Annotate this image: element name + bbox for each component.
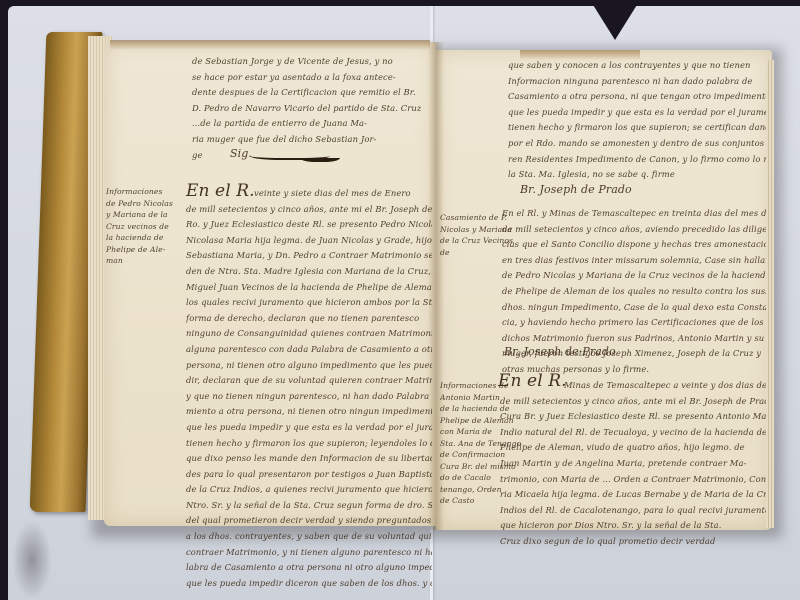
- text-line: veinte y siete dias del mes de Enero: [186, 186, 432, 202]
- rubric-signature: Sig.: [230, 146, 252, 162]
- text-line: tienen hecho y firmaron los que supieron…: [186, 436, 432, 452]
- text-line: cia, y haviendo hecho primero las Certif…: [502, 315, 766, 331]
- text-line: Minas de Temascaltepec a veinte y dos di…: [500, 378, 766, 394]
- signature: Br. Joseph de Prado: [504, 344, 616, 360]
- text-line: que saben y conocen a los contrayentes y…: [508, 58, 766, 74]
- text-line: de Sebastian Jorge y de Vicente de Jesus…: [192, 54, 421, 70]
- text-line: ria Micaela hija legma. de Lucas Bernabe…: [500, 487, 766, 503]
- text-line: man: [106, 255, 173, 267]
- text-line: des para lo qual presentaron por testigo…: [186, 467, 432, 483]
- text-line: ren Residentes Impedimento de Canon, y l…: [508, 152, 766, 168]
- text-line: Ro. y Juez Eclesiastico deste Rl. se pre…: [186, 217, 432, 233]
- text-line: los quales recivi juramento que hicieron…: [186, 295, 432, 311]
- backdrop-torn-notch: [590, 0, 640, 40]
- text-line: ninguno de Consanguinidad quienes contra…: [186, 326, 432, 342]
- backdrop-smudge: [12, 520, 52, 600]
- text-line: que dixo penso les mande den Informacion…: [186, 451, 432, 467]
- text-line: contraer Matrimonio, y ni tienen alguno …: [186, 545, 432, 561]
- text-line: que les pueda impedir y que esta es la v…: [508, 105, 766, 121]
- text-line: Informacion ninguna parentesco ni han da…: [508, 74, 766, 90]
- text-line: alguna parentesco con dada Palabra de Ca…: [186, 342, 432, 358]
- text-line: trimonio, con Maria de ... Orden a Contr…: [500, 472, 766, 488]
- left-entry-body: veinte y siete dias del mes de Enero de …: [186, 186, 432, 591]
- text-line: a los dhos. contrayentes, y saben que de…: [186, 529, 432, 545]
- text-line: ria muger que fue del dicho Sebastian Jo…: [192, 132, 421, 148]
- text-line: dhos. ningun Impedimento, Case de lo qua…: [502, 300, 766, 316]
- text-line: Indio natural del Rl. de Tecualoya, y ve…: [500, 425, 766, 441]
- text-line: la Sta. Ma. Iglesia, no se sabe q. firme: [508, 167, 766, 183]
- text-line: dir, declaran que de su voluntad quieren…: [186, 373, 432, 389]
- rubric-flourish: [300, 152, 340, 162]
- right-entry-2-body: Minas de Temascaltepec a veinte y dos di…: [500, 378, 766, 550]
- text-line: y que no tienen ningun parentesco, ni ha…: [186, 389, 432, 405]
- text-line: Casamiento a otra persona, ni que tengan…: [508, 89, 766, 105]
- text-line: Cruz vecinos de: [106, 221, 173, 233]
- text-line: Miguel Juan Vecinos de la hacienda de Ph…: [186, 280, 432, 296]
- signature: Br. Joseph de Prado: [520, 182, 632, 198]
- text-line: de mill setecientos y cinco años, ante m…: [186, 202, 432, 218]
- text-line: de Pedro Nicolas y Mariana de la Cruz ve…: [502, 268, 766, 284]
- text-line: de Pedro Nicolas: [106, 198, 173, 210]
- text-line: por el Rdo. mando se amonesten y dentro …: [508, 136, 766, 152]
- text-line: que les pueda impedir diceron que saben …: [186, 576, 432, 592]
- right-top-paragraph: que saben y conocen a los contrayentes y…: [508, 58, 766, 183]
- text-line: Juan Martin y de Angelina Maria, pretend…: [500, 456, 766, 472]
- text-line: Ntro. Sr. y la señal de la Sta. Cruz seg…: [186, 498, 432, 514]
- text-line: cias que el Santo Concilio dispone y hec…: [502, 237, 766, 253]
- left-top-paragraph: de Sebastian Jorge y de Vicente de Jesus…: [192, 54, 421, 163]
- text-line: D. Pedro de Navarro Vicario del partido …: [192, 101, 421, 117]
- text-line: Cura Br. y Juez Eclesiastico deste Rl. s…: [500, 409, 766, 425]
- text-line: en tres dias festivos inter missarum sol…: [502, 253, 766, 269]
- text-line: Phelipe de Ale-: [106, 244, 173, 256]
- text-line: que hicieron por Dios Ntro. Sr. y la señ…: [500, 518, 766, 534]
- text-line: Phelipe de Aleman, viudo de quatro años,…: [500, 440, 766, 456]
- text-line: Sebastiana Maria, y Dn. Pedro a Contraer…: [186, 248, 432, 264]
- text-line: de mill setecientos y cinco años, aviend…: [502, 222, 766, 238]
- text-line: del qual prometieron decir verdad y sien…: [186, 513, 432, 529]
- text-line: de mill setecientos y cinco años, ante m…: [500, 394, 766, 410]
- text-line: Indios del Rl. de Cacalotenango, para lo…: [500, 503, 766, 519]
- text-line: En el Rl. y Minas de Temascaltepec en tr…: [502, 206, 766, 222]
- left-margin-note: Informaciones de Pedro Nicolas y Mariana…: [106, 186, 173, 267]
- text-line: y Mariana de la: [106, 209, 173, 221]
- text-line: Cruz dixo segun de lo qual prometio deci…: [500, 534, 766, 550]
- text-line: labra de Casamiento a otra persona ni ot…: [186, 560, 432, 576]
- text-line: de Phelipe de Aleman de los quales no re…: [502, 284, 766, 300]
- text-line: forma de derecho, declaran que no tienen…: [186, 311, 432, 327]
- text-line: tienen hecho y firmaron los que supieron…: [508, 120, 766, 136]
- text-line: se hace por estar ya asentado a la foxa …: [192, 70, 421, 86]
- text-line: persona, ni tienen otro alguno impedimen…: [186, 358, 432, 374]
- page-edges-right: [766, 60, 774, 528]
- text-line: la hacienda de: [106, 232, 173, 244]
- water-stain-left: [110, 40, 430, 50]
- text-line: Informaciones: [106, 186, 173, 198]
- text-line: dente despues de la Certificacion que re…: [192, 85, 421, 101]
- text-line: Nicolasa Maria hija legma. de Juan Nicol…: [186, 233, 432, 249]
- text-line: ...de la partida de entierro de Juana Ma…: [192, 116, 421, 132]
- text-line: miento a otra persona, ni tienen otro ni…: [186, 404, 432, 420]
- text-line: que les pueda impedir y que esta es la v…: [186, 420, 432, 436]
- text-line: de la Cruz Indios, a quienes recivi jura…: [186, 482, 432, 498]
- text-line: den de Ntra. Sta. Madre Iglesia con Mari…: [186, 264, 432, 280]
